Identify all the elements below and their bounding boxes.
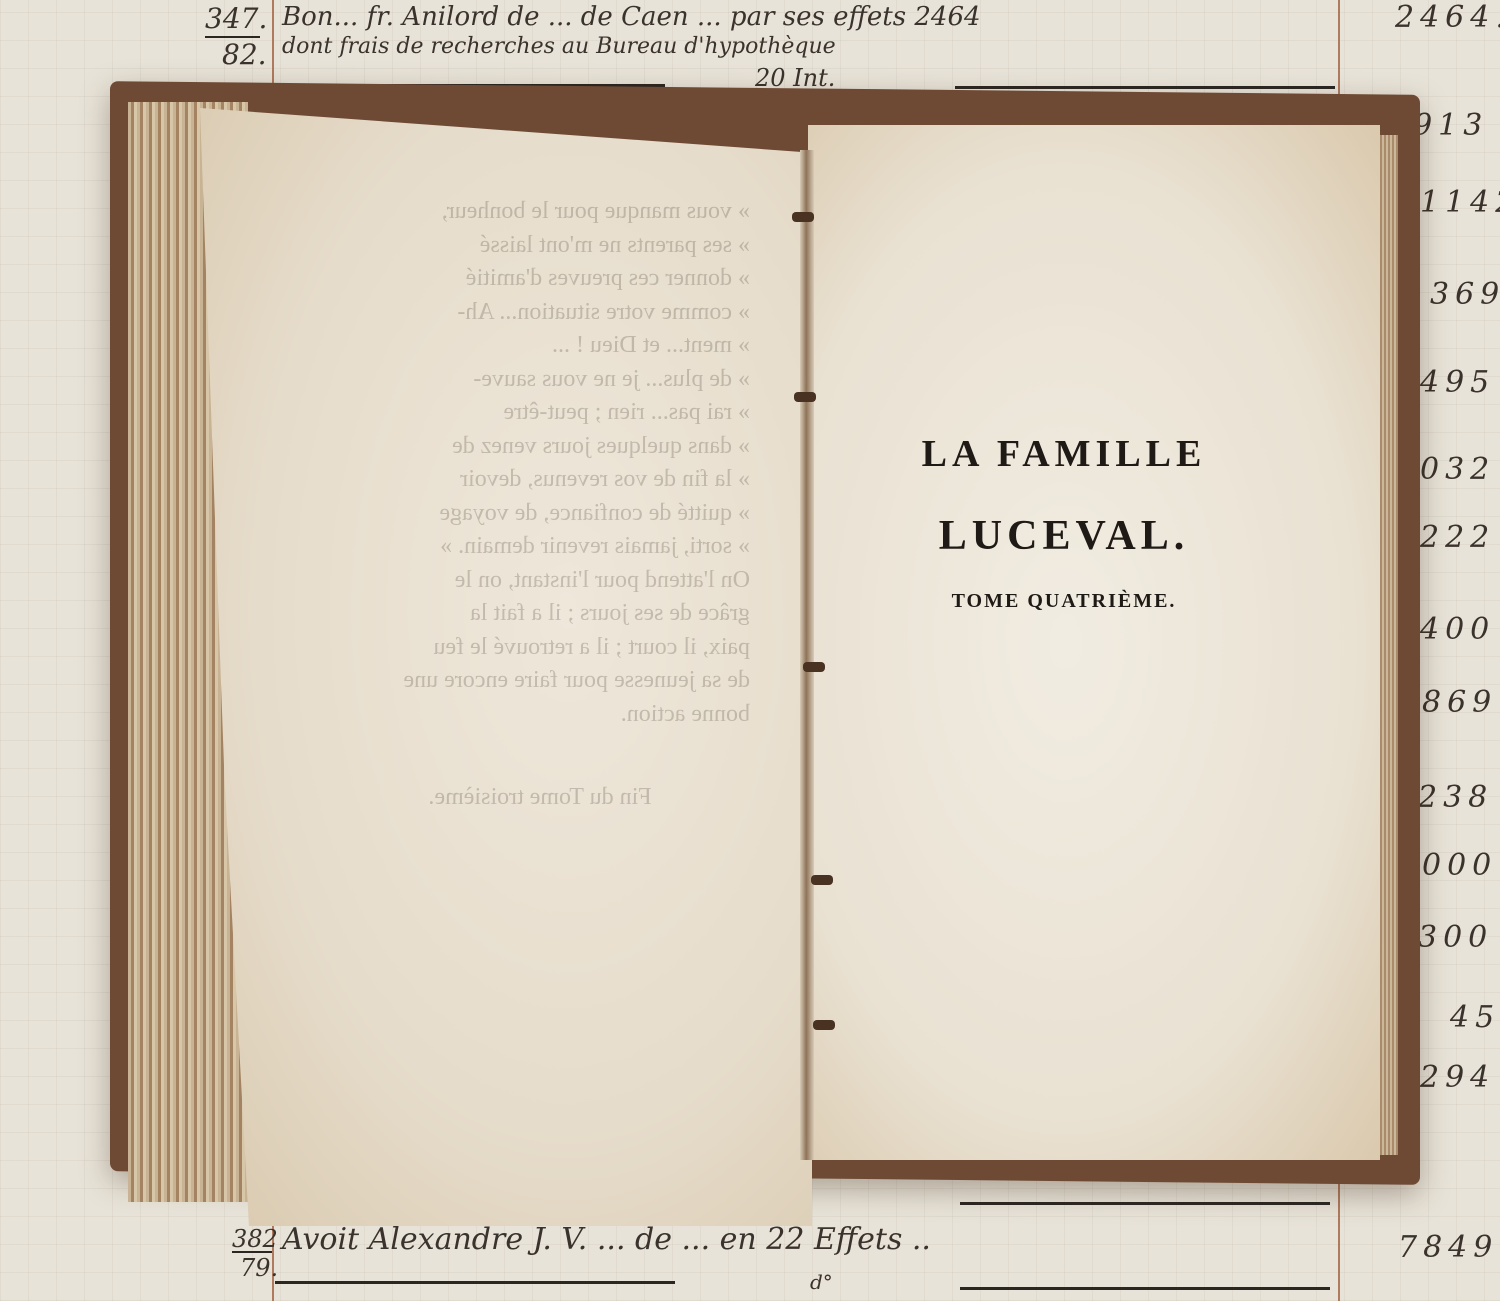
binding-stitch [811,875,833,885]
ledger-amount: 45 [1450,1000,1500,1035]
ledger-amount: 495 [1420,365,1495,400]
ghost-line: » sorti, jamais revenir demain. » [330,530,750,564]
ghost-line: » comme votre situation... Ah- [330,296,750,330]
ghost-line: » la fin de vos revenus, devoir [330,463,750,497]
ledger-ref-bottom-2: 79. [240,1254,278,1282]
ledger-ref-top-2: 82. [222,38,267,71]
ledger-amount: 369 [1430,277,1500,312]
book-title-line1: LA FAMILLE [808,432,1320,476]
book-gutter [800,150,814,1160]
binding-stitch [813,1020,835,1030]
ledger-amount: 7849 [1398,1230,1498,1265]
ghost-line: » quitté de confiance, de voyage [330,497,750,531]
ledger-rule [960,1202,1330,1205]
ghost-footer: Fin du Tome troisième. [330,781,750,815]
book-title-line2: LUCEVAL. [808,512,1320,560]
show-through-text: » vous manque pour le bonheur, » ses par… [330,195,750,815]
ledger-top-line1: Bon... fr. Anilord de ... de Caen ... pa… [282,2,981,32]
ledger-amount: 400 [1420,612,1495,647]
ledger-rule [960,1287,1330,1290]
ledger-rule [275,1281,675,1284]
ledger-amount: 869 [1422,685,1497,720]
ghost-line: de sa jeunesse pour faire encore une [330,664,750,698]
ghost-line: » ment... et Dieu ! ... [330,329,750,363]
book-volume: TOME QUATRIÈME. [808,590,1320,613]
ledger-ref-bottom-1: 382 [232,1225,278,1253]
ledger-bottom-line1: Avoit Alexandre J. V. ... de ... en 22 E… [282,1222,931,1257]
ledger-amount: 294 [1420,1060,1495,1095]
ghost-line: bonne action. [330,698,750,732]
ledger-amount: 238 [1418,780,1493,815]
ledger-amount: 300 [1418,920,1493,955]
ghost-line: » ses parents ne m'ont laissé [330,229,750,263]
ledger-top-line2: dont frais de recherches au Bureau d'hyp… [282,34,836,59]
ghost-line: » vous manque pour le bonheur, [330,195,750,229]
ledger-amount: 032 [1420,452,1495,487]
binding-stitch [792,212,814,222]
ghost-line: grâce de ses jours ; il a fait la [330,597,750,631]
ghost-line: On l'attend pour l'instant, on le [330,564,750,598]
binding-stitch [803,662,825,672]
ghost-line: » donner ces preuves d'amitié [330,262,750,296]
ghost-line: » rai pas... rien ; peut-être [330,396,750,430]
ledger-amount: 2464. [1395,0,1500,35]
ledger-amount: 222 [1420,520,1495,555]
ghost-line: » de plus... je ne vous sauve- [330,363,750,397]
ledger-rule [955,86,1335,89]
ghost-line: » dans quelques jours venez de [330,430,750,464]
ledger-ref-rule [232,1251,272,1253]
ledger-amount: 000 [1422,848,1497,883]
ledger-ref-top-1: 347. [205,2,267,35]
ledger-ditto: d° [810,1270,833,1294]
ghost-line: paix, il court ; il a retrouvé le feu [330,631,750,665]
binding-stitch [794,392,816,402]
ledger-amount: 1142 [1420,185,1500,220]
book-right-page [808,125,1380,1160]
